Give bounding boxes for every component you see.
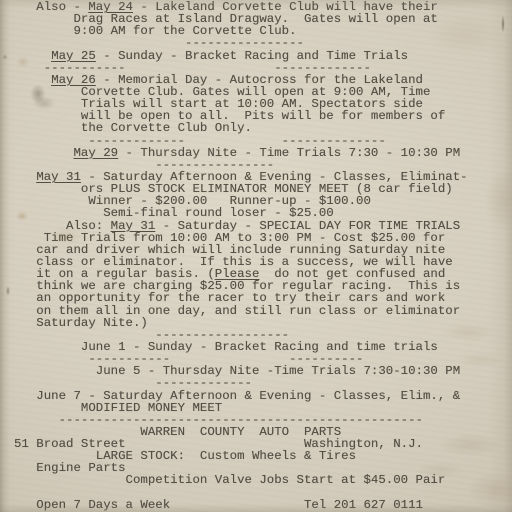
document-line: Competition Valve Jobs Start at $45.00 P… bbox=[14, 474, 468, 486]
scanned-document-page: Also - May 24 - Lakeland Corvette Club w… bbox=[0, 0, 512, 512]
document-line: Open 7 Days a Week Tel 201 627 0111 bbox=[14, 499, 468, 511]
document-text: Also - May 24 - Lakeland Corvette Club w… bbox=[14, 1, 468, 511]
text-segment: Open 7 Days a Week Tel 201 627 0111 bbox=[14, 498, 423, 512]
text-segment: Competition Valve Jobs Start at $45.00 P… bbox=[14, 473, 445, 487]
